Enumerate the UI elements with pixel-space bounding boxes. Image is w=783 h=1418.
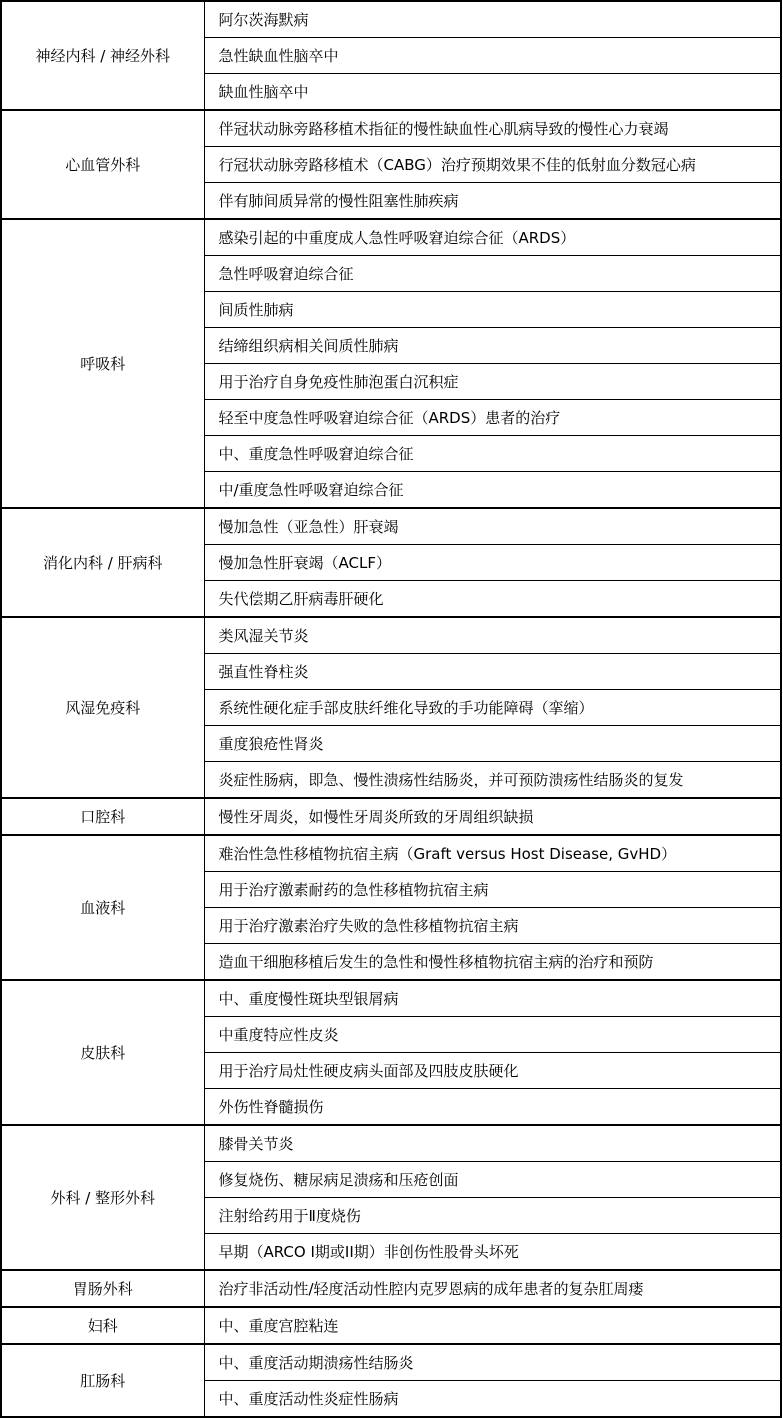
indication-cell: 急性呼吸窘迫综合征 [204,256,781,292]
indication-cell: 慢加急性（亚急性）肝衰竭 [204,508,781,545]
table-row: 血液科难治性急性移植物抗宿主病（Graft versus Host Diseas… [1,835,781,872]
table-row: 皮肤科中、重度慢性斑块型银屑病 [1,980,781,1017]
table-row: 外科 / 整形外科膝骨关节炎 [1,1125,781,1162]
indication-cell: 用于治疗局灶性硬皮病头面部及四肢皮肤硬化 [204,1053,781,1089]
indication-cell: 用于治疗激素治疗失败的急性移植物抗宿主病 [204,908,781,944]
indication-cell: 用于治疗激素耐药的急性移植物抗宿主病 [204,872,781,908]
indication-cell: 外伤性脊髓损伤 [204,1089,781,1126]
indication-cell: 失代偿期乙肝病毒肝硬化 [204,581,781,618]
indication-cell: 中重度特应性皮炎 [204,1017,781,1053]
indication-cell: 中、重度宫腔粘连 [204,1307,781,1344]
indication-cell: 难治性急性移植物抗宿主病（Graft versus Host Disease, … [204,835,781,872]
department-cell: 外科 / 整形外科 [1,1125,204,1270]
indication-cell: 中、重度急性呼吸窘迫综合征 [204,436,781,472]
indication-cell: 中、重度慢性斑块型银屑病 [204,980,781,1017]
indication-cell: 结缔组织病相关间质性肺病 [204,328,781,364]
department-cell: 呼吸科 [1,219,204,508]
indication-cell: 中、重度活动期溃疡性结肠炎 [204,1344,781,1381]
indication-cell: 系统性硬化症手部皮肤纤维化导致的手功能障碍（挛缩） [204,690,781,726]
indication-cell: 炎症性肠病，即急、慢性溃疡性结肠炎，并可预防溃疡性结肠炎的复发 [204,762,781,799]
table-row: 呼吸科感染引起的中重度成人急性呼吸窘迫综合征（ARDS） [1,219,781,256]
indication-cell: 膝骨关节炎 [204,1125,781,1162]
table-row: 胃肠外科治疗非活动性/轻度活动性腔内克罗恩病的成年患者的复杂肛周瘘 [1,1270,781,1307]
indication-cell: 感染引起的中重度成人急性呼吸窘迫综合征（ARDS） [204,219,781,256]
document-page: 神经内科 / 神经外科阿尔茨海默病急性缺血性脑卒中缺血性脑卒中心血管外科伴冠状动… [0,0,783,1405]
department-cell: 消化内科 / 肝病科 [1,508,204,617]
indication-cell: 重度狼疮性肾炎 [204,726,781,762]
table-body: 神经内科 / 神经外科阿尔茨海默病急性缺血性脑卒中缺血性脑卒中心血管外科伴冠状动… [1,1,781,1417]
table-row: 肛肠科中、重度活动期溃疡性结肠炎 [1,1344,781,1381]
department-cell: 妇科 [1,1307,204,1344]
department-cell: 血液科 [1,835,204,980]
table-row: 消化内科 / 肝病科慢加急性（亚急性）肝衰竭 [1,508,781,545]
indication-cell: 间质性肺病 [204,292,781,328]
department-cell: 口腔科 [1,798,204,835]
indication-cell: 用于治疗自身免疫性肺泡蛋白沉积症 [204,364,781,400]
department-cell: 神经内科 / 神经外科 [1,1,204,110]
indication-cell: 类风湿关节炎 [204,617,781,654]
indications-table: 神经内科 / 神经外科阿尔茨海默病急性缺血性脑卒中缺血性脑卒中心血管外科伴冠状动… [0,0,782,1418]
table-row: 神经内科 / 神经外科阿尔茨海默病 [1,1,781,38]
table-row: 心血管外科伴冠状动脉旁路移植术指征的慢性缺血性心肌病导致的慢性心力衰竭 [1,110,781,147]
table-row: 口腔科慢性牙周炎，如慢性牙周炎所致的牙周组织缺损 [1,798,781,835]
department-cell: 风湿免疫科 [1,617,204,798]
table-row: 妇科中、重度宫腔粘连 [1,1307,781,1344]
department-cell: 肛肠科 [1,1344,204,1417]
indication-cell: 强直性脊柱炎 [204,654,781,690]
indication-cell: 阿尔茨海默病 [204,1,781,38]
indication-cell: 慢加急性肝衰竭（ACLF） [204,545,781,581]
indication-cell: 中/重度急性呼吸窘迫综合征 [204,472,781,509]
indication-cell: 伴冠状动脉旁路移植术指征的慢性缺血性心肌病导致的慢性心力衰竭 [204,110,781,147]
indication-cell: 早期（ARCO I期或II期）非创伤性股骨头坏死 [204,1234,781,1271]
indication-cell: 中、重度活动性炎症性肠病 [204,1381,781,1418]
department-cell: 心血管外科 [1,110,204,219]
indication-cell: 缺血性脑卒中 [204,74,781,111]
department-cell: 皮肤科 [1,980,204,1125]
indication-cell: 轻至中度急性呼吸窘迫综合征（ARDS）患者的治疗 [204,400,781,436]
indication-cell: 急性缺血性脑卒中 [204,38,781,74]
indication-cell: 注射给药用于Ⅱ度烧伤 [204,1198,781,1234]
department-cell: 胃肠外科 [1,1270,204,1307]
indication-cell: 治疗非活动性/轻度活动性腔内克罗恩病的成年患者的复杂肛周瘘 [204,1270,781,1307]
indication-cell: 修复烧伤、糖尿病足溃疡和压疮创面 [204,1162,781,1198]
indication-cell: 伴有肺间质异常的慢性阻塞性肺疾病 [204,183,781,220]
indication-cell: 行冠状动脉旁路移植术（CABG）治疗预期效果不佳的低射血分数冠心病 [204,147,781,183]
table-row: 风湿免疫科类风湿关节炎 [1,617,781,654]
indication-cell: 慢性牙周炎，如慢性牙周炎所致的牙周组织缺损 [204,798,781,835]
indication-cell: 造血干细胞移植后发生的急性和慢性移植物抗宿主病的治疗和预防 [204,944,781,981]
